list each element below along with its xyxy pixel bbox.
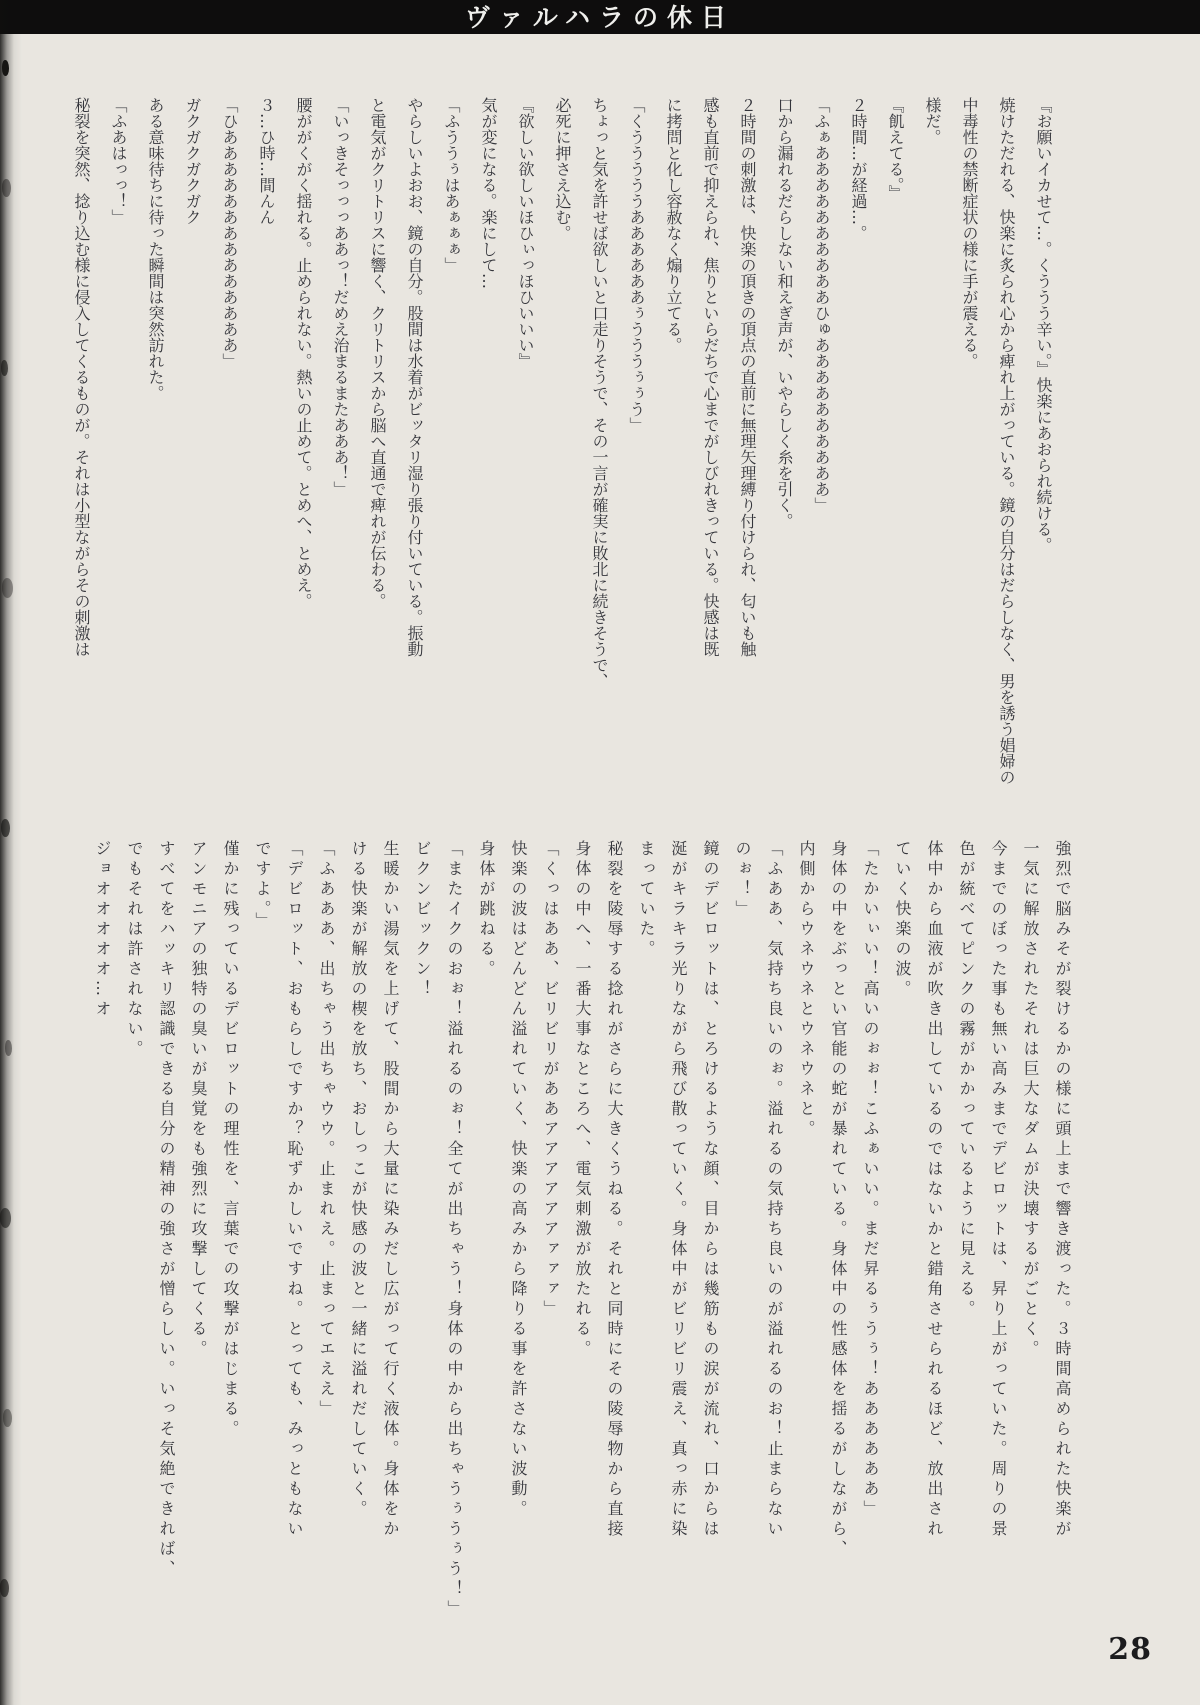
text-column: 必死に押さえ込む。 xyxy=(544,97,581,797)
text-column: ける快楽が解放の楔を放ち、おしっこが快感の波と一緒に溢れだしていく。 xyxy=(342,840,374,1630)
text-column: 内側からウネウネとウネウネと。 xyxy=(790,840,822,1630)
text-column: のぉ！」 xyxy=(726,840,758,1630)
text-block-upper: 『お願いイカせて…。くううう辛い。』快楽にあおられ続ける。焼けただれる、快楽に炙… xyxy=(63,97,1062,797)
text-column: ２時間…が経過…。 xyxy=(840,97,877,797)
text-column: 身体の中へ、一番大事なところへ、電気刺激が放たれる。 xyxy=(566,840,598,1630)
text-column: 今までのぼった事も無い高みまでデビロットは、昇り上がっていた。周りの景 xyxy=(982,840,1014,1630)
text-column: に拷問と化し容赦なく煽り立てる。 xyxy=(655,97,692,797)
text-column: 『欲しい欲しいほひぃっほひいいい』 xyxy=(507,97,544,797)
text-column: ３…ひ時…間んん xyxy=(248,97,285,797)
text-column: 『お願いイカせて…。くううう辛い。』快楽にあおられ続ける。 xyxy=(1025,97,1062,797)
text-column: でもそれは許されない。 xyxy=(118,840,150,1630)
text-column: ビクンビックン！ xyxy=(406,840,438,1630)
text-column: すべてをハッキリ認識できる自分の精神の強さが憎らしい。いっそ気絶できれば、 xyxy=(150,840,182,1630)
text-column: アンモニアの独特の臭いが臭覚をも強烈に攻撃してくる。 xyxy=(182,840,214,1630)
document-page: ヴァルハラの休日 『お願いイカせて…。くううう辛い。』快楽にあおられ続ける。焼け… xyxy=(0,0,1200,1705)
text-column: 秘裂を突然、捻り込む様に侵入してくるものが。それは小型ながらその刺激は xyxy=(63,97,100,797)
text-column: 「ふううぅはあぁぁぁ」 xyxy=(433,97,470,797)
text-column: 体中から血液が吹き出しているのではないかと錯角させられるほど、放出され xyxy=(918,840,950,1630)
text-column: 「ふああ、気持ち良いのぉ。溢れるの気持ち良いのが溢れるのお！止まらない xyxy=(758,840,790,1630)
text-column: 口から漏れるだらしない和えぎ声が、いやらしく糸を引く。 xyxy=(766,97,803,797)
text-column: 焼けただれる、快楽に炙られ心から痺れ上がっている。鏡の自分はだらしなく、男を誘う… xyxy=(988,97,1025,797)
text-column: 腰ががくがく揺れる。止められない。熱いの止めて。とめへ、とめえ。 xyxy=(285,97,322,797)
text-column: 鏡のデビロットは、とろけるような顔、目からは幾筋もの涙が流れ、口からは xyxy=(694,840,726,1630)
text-column: 気が変になる。楽にして… xyxy=(470,97,507,797)
text-column: 一気に解放されたそれは巨大なダムが決壊するがごとく。 xyxy=(1014,840,1046,1630)
text-column: 「ふあはっっ！」 xyxy=(100,97,137,797)
text-column: 「またイクのおぉ！溢れるのぉ！全てが出ちゃう！身体の中から出ちゃうぅうぅう！」 xyxy=(438,840,470,1630)
text-column: 『飢えてる。』 xyxy=(877,97,914,797)
text-column: 「いっきそっっっああっ！だめえ治まるまたあああ！」 xyxy=(322,97,359,797)
text-column: ちょっと気を許せば欲しいと口走りそうで、その一言が確実に敗北に続きそうで、 xyxy=(581,97,618,797)
text-column: 身体が跳ねる。 xyxy=(470,840,502,1630)
text-column: 「ふあああ、出ちゃう出ちゃウウ。止まれえ。止まってエええ」 xyxy=(310,840,342,1630)
text-column: 中毒性の禁断症状の様に手が震える。 xyxy=(951,97,988,797)
title-band: ヴァルハラの休日 xyxy=(0,0,1200,34)
text-column: ２時間の刺激は、快楽の頂きの頂点の直前に無理矢理縛り付けられ、匂いも触 xyxy=(729,97,766,797)
text-column: 身体の中をぶっとい官能の蛇が暴れている。身体中の性感体を揺るがしながら、 xyxy=(822,840,854,1630)
text-block-lower: 強烈で脳みそが裂けるかの様に頭上まで響き渡った。３時間高められた快楽が一気に解放… xyxy=(86,840,1078,1630)
text-column: 「ふぁああああああああああひゅああああああああああ」 xyxy=(803,97,840,797)
text-column: 「くっはああ、ビリビリがああアアアアアアァァァ」 xyxy=(534,840,566,1630)
text-column: 「ひああああああああああああああ」 xyxy=(211,97,248,797)
text-column: 強烈で脳みそが裂けるかの様に頭上まで響き渡った。３時間高められた快楽が xyxy=(1046,840,1078,1630)
text-column: 「くうううううああああああぅうううぅぅう」 xyxy=(618,97,655,797)
text-column: ある意味待ちに待った瞬間は突然訪れた。 xyxy=(137,97,174,797)
text-column: 生暖かい湯気を上げて、股間から大量に染みだし広がって行く液体。身体をか xyxy=(374,840,406,1630)
text-column: 色が統べてピンクの霧がかかっているように見える。 xyxy=(950,840,982,1630)
text-column: 感も直前で抑えられ、焦りといらだちで心までがしびれきっている。快感は既 xyxy=(692,97,729,797)
scanned-spine-edge xyxy=(0,0,22,1705)
text-column: 様だ。 xyxy=(914,97,951,797)
text-column: 秘裂を陵辱する捻れがさらに大きくうねる。それと同時にその陵辱物から直接 xyxy=(598,840,630,1630)
text-column: 涎がキラキラ光りながら飛び散っていく。身体中がビリビリ震え、真っ赤に染 xyxy=(662,840,694,1630)
text-column: ていく快楽の波。 xyxy=(886,840,918,1630)
text-column: ジョオオオオオ…オ xyxy=(86,840,118,1630)
text-column: 「たかいぃい！高いのぉぉ！こふぁいい。まだ昇るぅうぅ！ああああああ」 xyxy=(854,840,886,1630)
text-column: やらしいよおお、鏡の自分。股間は水着がビッタリ湿り張り付いている。振動 xyxy=(396,97,433,797)
page-number: 28 xyxy=(1108,1632,1152,1667)
text-column: ですよ。」 xyxy=(246,840,278,1630)
page-title: ヴァルハラの休日 xyxy=(465,5,735,30)
text-column: と電気がクリトリスに響く、クリトリスから脳へ直通で痺れが伝わる。 xyxy=(359,97,396,797)
text-column: ガクガクガクガク xyxy=(174,97,211,797)
text-column: 快楽の波はどんどん溢れていく、快楽の高みから降りる事を許さない波動。 xyxy=(502,840,534,1630)
text-column: まっていた。 xyxy=(630,840,662,1630)
text-column: 僅かに残っているデビロットの理性を、言葉での攻撃がはじまる。 xyxy=(214,840,246,1630)
text-column: 「デビロット、おもらしですか？恥ずかしいですね。とっても、みっともない xyxy=(278,840,310,1630)
